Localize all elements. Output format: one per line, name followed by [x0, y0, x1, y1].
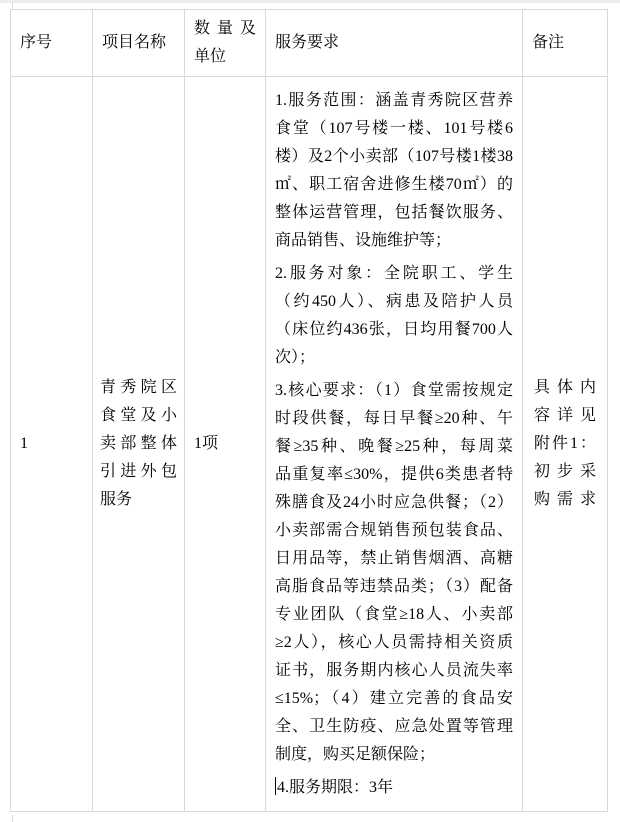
- table-header-row: 序号 项目名称 数量及单位 服务要求 备注: [11, 10, 608, 77]
- cell-quantity: 1项: [185, 77, 266, 812]
- seq-value: 1: [20, 435, 28, 452]
- text-line: 餐≥35种、晚餐≥25种，每周菜: [275, 433, 513, 461]
- quantity-value: 1项: [194, 435, 218, 452]
- text-line: 初步采: [534, 458, 596, 486]
- text-line: 购需求: [534, 486, 596, 514]
- header-remark: 备注: [523, 10, 608, 77]
- text-line: 2.服务对象：全院职工、学生: [275, 260, 513, 288]
- text-line: 数量及: [194, 15, 256, 43]
- text-line: 品重复率≤30%，提供6类患者特: [275, 461, 513, 489]
- table-row: 1 青秀院区食堂及小卖部整体引进外包服务 1项 1.服务范围：涵盖青秀院区营养食…: [11, 77, 608, 812]
- text-line: 专业团队（食堂≥18人、小卖部: [275, 601, 513, 629]
- remark-text: 具体内容详见附件1：初步采购需求: [534, 374, 596, 514]
- text-line: 1.服务范围：涵盖青秀院区营养: [275, 87, 513, 115]
- text-line: 全、卫生防疫、应急处置等管理: [275, 713, 513, 741]
- header-seq: 序号: [11, 10, 93, 77]
- text-line: 时段供餐，每日早餐≥20种、午: [275, 405, 513, 433]
- header-seq-label: 序号: [20, 34, 52, 51]
- text-line: 次）；: [275, 344, 513, 372]
- header-quantity-unit-label: 数量及单位: [194, 15, 256, 71]
- text-line: 商品销售、设施维护等；: [275, 227, 513, 255]
- header-remark-label: 备注: [532, 34, 564, 51]
- page-top-edge: [0, 0, 620, 3]
- text-line: 楼）及2个小卖部（107号楼1楼38: [275, 143, 513, 171]
- text-line: ≥2人），核心人员需持相关资质: [275, 629, 513, 657]
- text-line: 青秀院区: [100, 374, 177, 402]
- text-line: 服务: [100, 486, 177, 514]
- text-line: 具体内: [534, 374, 596, 402]
- text-line: 证书，服务期内核心人员流失率: [275, 657, 513, 685]
- cell-project-name: 青秀院区食堂及小卖部整体引进外包服务: [93, 77, 185, 812]
- text-line: 引进外包: [100, 458, 177, 486]
- cell-service-requirements[interactable]: 1.服务范围：涵盖青秀院区营养食堂（107号楼一楼、101号楼6楼）及2个小卖部…: [266, 77, 523, 812]
- header-quantity-unit: 数量及单位: [185, 10, 266, 77]
- text-line: ㎡、职工宿舍进修生楼70㎡）的: [275, 171, 513, 199]
- page-edge-artifact-top: [12, 2, 13, 9]
- project-name-text: 青秀院区食堂及小卖部整体引进外包服务: [100, 374, 177, 514]
- text-line: 制度，购买足额保险；: [275, 741, 513, 769]
- cell-seq: 1: [11, 77, 93, 812]
- page-edge-artifact-bottom: [12, 815, 13, 822]
- service-requirements-text[interactable]: 1.服务范围：涵盖青秀院区营养食堂（107号楼一楼、101号楼6楼）及2个小卖部…: [275, 87, 513, 802]
- cell-remark: 具体内容详见附件1：初步采购需求: [523, 77, 608, 812]
- text-line: （约450人）、病患及陪护人员: [275, 288, 513, 316]
- header-project-name-label: 项目名称: [102, 34, 166, 51]
- text-line: 小卖部需合规销售预包装食品、: [275, 517, 513, 545]
- text-caret-icon: [275, 777, 276, 795]
- text-line: 高脂食品等违禁品类；（3）配备: [275, 573, 513, 601]
- header-service-requirements: 服务要求: [266, 10, 523, 77]
- text-line: （床位约436张，日均用餐700人: [275, 316, 513, 344]
- text-line: 附件1：: [534, 430, 596, 458]
- procurement-items-table: 序号 项目名称 数量及单位 服务要求 备注 1 青秀院区食堂及小卖部整体引进外包…: [10, 9, 608, 812]
- text-line: 3.核心要求：（1）食堂需按规定: [275, 377, 513, 405]
- text-line: ≤15%；（4）建立完善的食品安: [275, 685, 513, 713]
- text-line: 食堂（107号楼一楼、101号楼6: [275, 115, 513, 143]
- text-line: 殊膳食及24小时应急供餐；（2）: [275, 489, 513, 517]
- text-line: 单位: [194, 43, 256, 71]
- text-line: 整体运营管理，包括餐饮服务、: [275, 199, 513, 227]
- header-service-requirements-label: 服务要求: [275, 34, 339, 51]
- text-line: 卖部整体: [100, 430, 177, 458]
- text-line: 日用品等，禁止销售烟酒、高糖: [275, 545, 513, 573]
- text-line: 食堂及小: [100, 402, 177, 430]
- header-project-name: 项目名称: [93, 10, 185, 77]
- text-line: 容详见: [534, 402, 596, 430]
- text-line: 4.服务期限：3年: [275, 774, 513, 802]
